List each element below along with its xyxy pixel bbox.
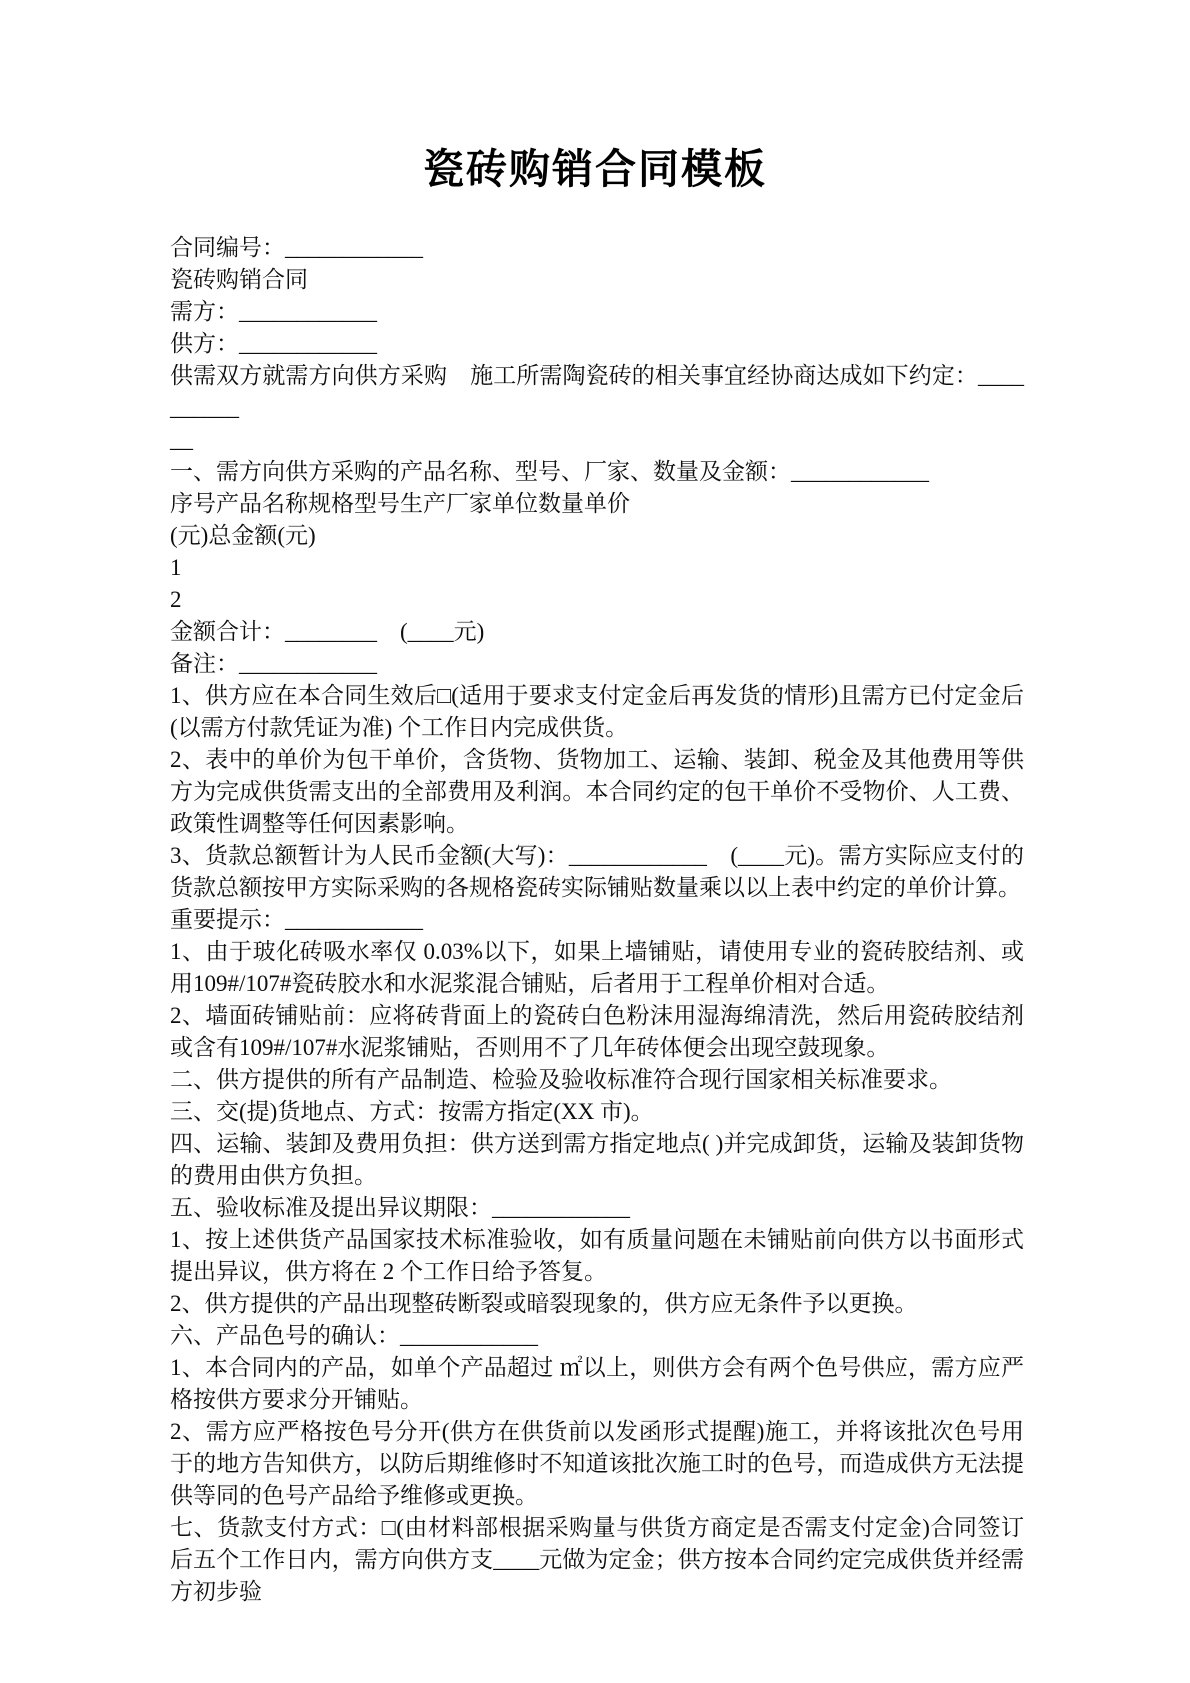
table-row-2: 2 [170,584,1024,616]
table-header-row-1: 序号产品名称规格型号生产厂家单位数量单价 [170,488,1024,520]
table-header-row-2: (元)总金额(元) [170,520,1024,552]
important-note-item-1: 1、由于玻化砖吸水率仅 0.03%以下，如果上墙铺贴，请使用专业的瓷砖胶结剂、或… [170,936,1024,1000]
total-amount-line: 金额合计：________ (____元) [170,616,1024,648]
contract-page: 瓷砖购销合同模板 合同编号：____________ 瓷砖购销合同 需方：___… [0,0,1190,1683]
document-title: 瓷砖购销合同模板 [0,140,1190,198]
important-note-item-2: 2、墙面砖铺贴前：应将砖背面上的瓷砖白色粉沫用湿海绵清洗，然后用瓷砖胶结剂或含有… [170,1000,1024,1064]
table-row-1: 1 [170,552,1024,584]
section-5-item-1: 1、按上述供货产品国家技术标准验收，如有质量问题在未铺贴前向供方以书面形式提出异… [170,1224,1024,1288]
remark-item-2: 2、表中的单价为包干单价，含货物、货物加工、运输、装卸、税金及其他费用等供方为完… [170,744,1024,840]
important-note-heading: 重要提示：____________ [170,904,1024,936]
section-1-heading: 一、需方向供方采购的产品名称、型号、厂家、数量及金额：____________ [170,456,1024,488]
section-2-line: 二、供方提供的所有产品制造、检验及验收标准符合现行国家相关标准要求。 [170,1064,1024,1096]
section-3-line: 三、交(提)货地点、方式：按需方指定(XX 市)。 [170,1096,1024,1128]
contract-number-line: 合同编号：____________ [170,232,1024,264]
remark-item-3: 3、货款总额暂计为人民币金额(大写)：____________ (____元)。… [170,840,1024,904]
section-6-item-1: 1、本合同内的产品，如单个产品超过 ㎡以上，则供方会有两个色号供应，需方应严格按… [170,1352,1024,1416]
section-6-item-2: 2、需方应严格按色号分开(供方在供货前以发函形式提醒)施工，并将该批次色号用于的… [170,1416,1024,1512]
remark-item-1: 1、供方应在本合同生效后□(适用于要求支付定金后再发货的情形)且需方已付定金后(… [170,680,1024,744]
section-7-line: 七、货款支付方式：□(由材料部根据采购量与供货方商定是否需支付定金)合同签订后五… [170,1512,1024,1608]
section-4-line: 四、运输、装卸及费用负担：供方送到需方指定地点( )并完成卸货，运输及装卸货物的… [170,1128,1024,1192]
contract-subtitle: 瓷砖购销合同 [170,264,1024,296]
remarks-line: 备注：____________ [170,648,1024,680]
preamble-continuation: __ [170,424,1024,456]
buyer-line: 需方：____________ [170,296,1024,328]
document-body: 合同编号：____________ 瓷砖购销合同 需方：____________… [170,232,1024,1608]
supplier-line: 供方：____________ [170,328,1024,360]
section-6-heading: 六、产品色号的确认：____________ [170,1320,1024,1352]
section-5-item-2: 2、供方提供的产品出现整砖断裂或暗裂现象的，供方应无条件予以更换。 [170,1288,1024,1320]
section-5-heading: 五、验收标准及提出异议期限：____________ [170,1192,1024,1224]
preamble-line: 供需双方就需方向供方采购 施工所需陶瓷砖的相关事宜经协商达成如下约定：_____… [170,360,1024,424]
